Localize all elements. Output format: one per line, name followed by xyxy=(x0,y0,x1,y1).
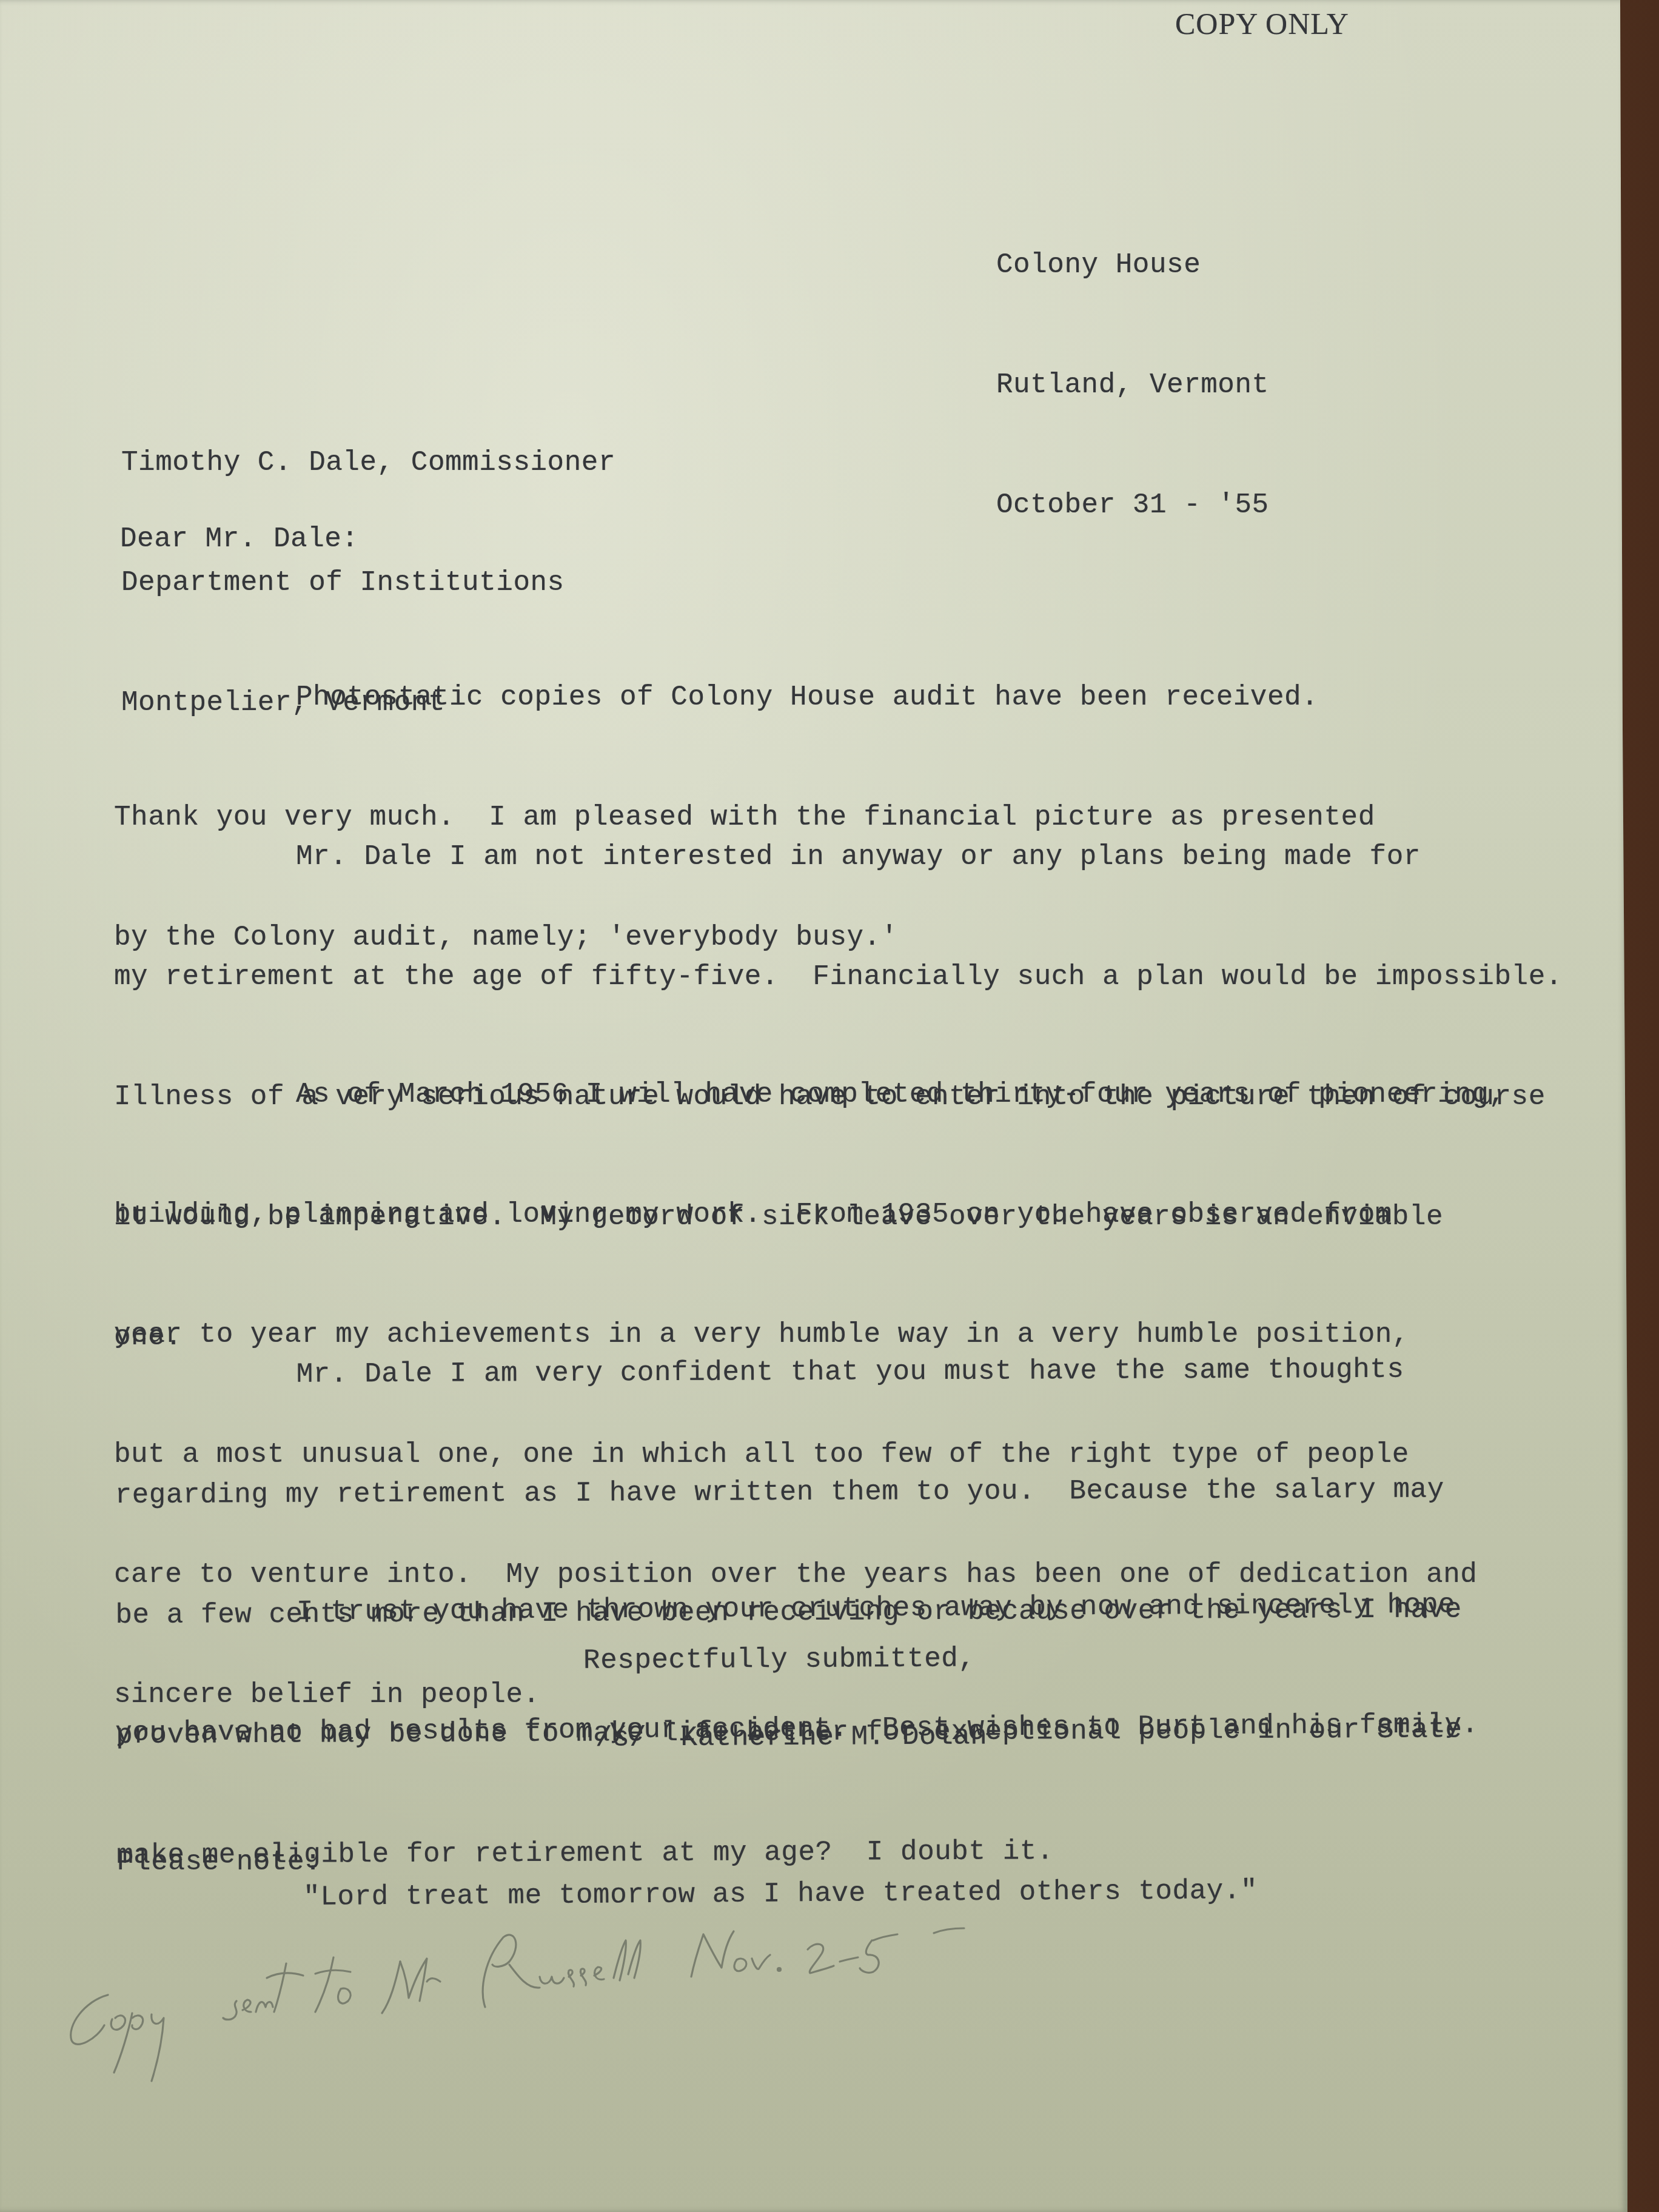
sender-line: Colony House xyxy=(996,245,1269,285)
copy-only-stamp: COPY ONLY xyxy=(1175,4,1349,44)
recipient-line: Timothy C. Dale, Commissioner xyxy=(121,443,615,483)
pencil-handwriting-strokes xyxy=(61,1910,1152,2092)
letter-page: COPY ONLY Colony House Rutland, Vermont … xyxy=(0,0,1627,2212)
paragraph-line: Photostatic copies of Colony House audit… xyxy=(114,677,1375,717)
salutation: Dear Mr. Dale: xyxy=(120,519,358,559)
paragraph-line: Mr. Dale I am very confident that you mu… xyxy=(115,1349,1461,1395)
sender-address: Colony House Rutland, Vermont October 31… xyxy=(996,165,1269,605)
paragraph-line: my retirement at the age of fifty-five. … xyxy=(114,957,1563,997)
handwritten-annotation: Copy sent to Mr Russell Nov. 2-55 xyxy=(61,1910,1152,2092)
note-label: Please note: xyxy=(117,1842,321,1882)
letter-date: October 31 - '55 xyxy=(996,485,1269,525)
sender-line: Rutland, Vermont xyxy=(996,365,1269,405)
paragraph-line: building, planning and loving my work. F… xyxy=(114,1195,1506,1235)
signature: /s/ Katherine M. Dolan xyxy=(595,1716,988,1758)
paragraph-line: I trust you have thrown your crutches aw… xyxy=(115,1584,1478,1633)
paragraph-line: Mr. Dale I am not interested in anyway o… xyxy=(114,837,1563,877)
paragraph-line: As of March 1956 I will have completed t… xyxy=(114,1074,1506,1114)
closing: Respectfully submitted, xyxy=(583,1638,976,1680)
